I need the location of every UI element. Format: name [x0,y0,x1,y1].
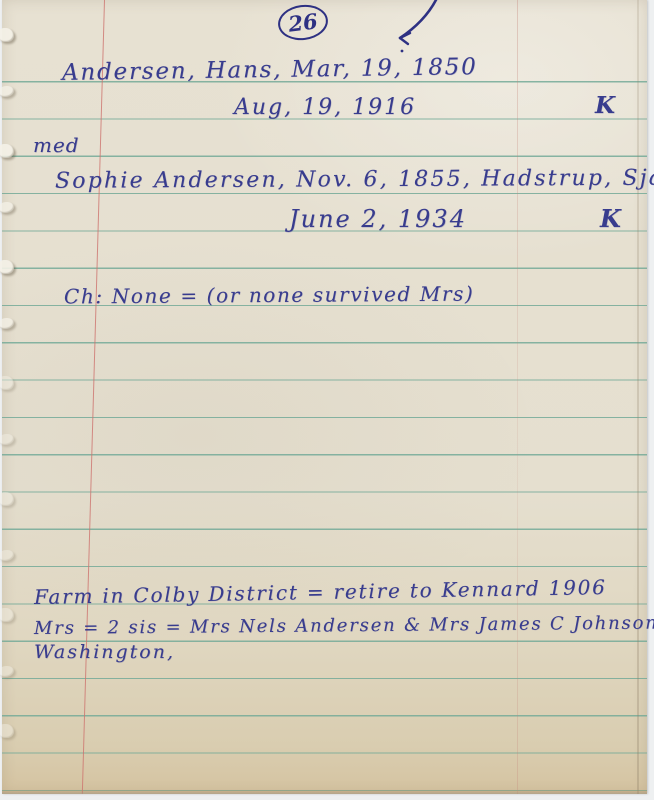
torn-hole [0,550,14,561]
right-fold-edge [637,0,639,794]
bottom-page-edge [2,790,647,794]
torn-hole [0,724,14,738]
torn-hole [0,260,14,274]
torn-hole [0,318,14,329]
spouse-death-date: June 2, 1934 [289,205,467,233]
page-number: 26 [287,8,319,36]
k-mark-2: K [600,204,621,233]
torn-hole [0,492,14,506]
torn-hole [0,666,14,677]
torn-hole [0,86,14,97]
entry-death-date: Aug, 19, 1916 [234,95,416,120]
torn-hole [0,144,14,158]
scanner-background: 26 Andersen, Hans, Mar, 19, 1850 Aug, 19… [0,0,654,800]
torn-hole [0,202,14,213]
spouse-line: Sophie Andersen, Nov. 6, 1855, Hadstrup,… [55,165,654,194]
sisters-line: Mrs = 2 sis = Mrs Nels Andersen & Mrs Ja… [34,612,654,639]
torn-hole [0,376,14,390]
married-word: med [33,133,80,157]
entry-name-line: Andersen, Hans, Mar, 19, 1850 [62,54,478,86]
farm-line: Farm in Colby District = retire to Kenna… [34,575,607,609]
notebook-page: 26 Andersen, Hans, Mar, 19, 1850 Aug, 19… [2,0,647,794]
torn-hole [0,608,14,622]
torn-hole [0,28,14,42]
children-line: Ch: None = (or none survived Mrs) [64,282,475,309]
vertical-crease [517,0,518,794]
k-mark-1: K [595,92,615,119]
page-number-circle: 26 [276,2,330,43]
torn-hole [0,434,14,445]
arrow-icon [374,0,454,60]
sisters-line2: Washington, [34,641,175,663]
red-margin-line [82,0,106,794]
